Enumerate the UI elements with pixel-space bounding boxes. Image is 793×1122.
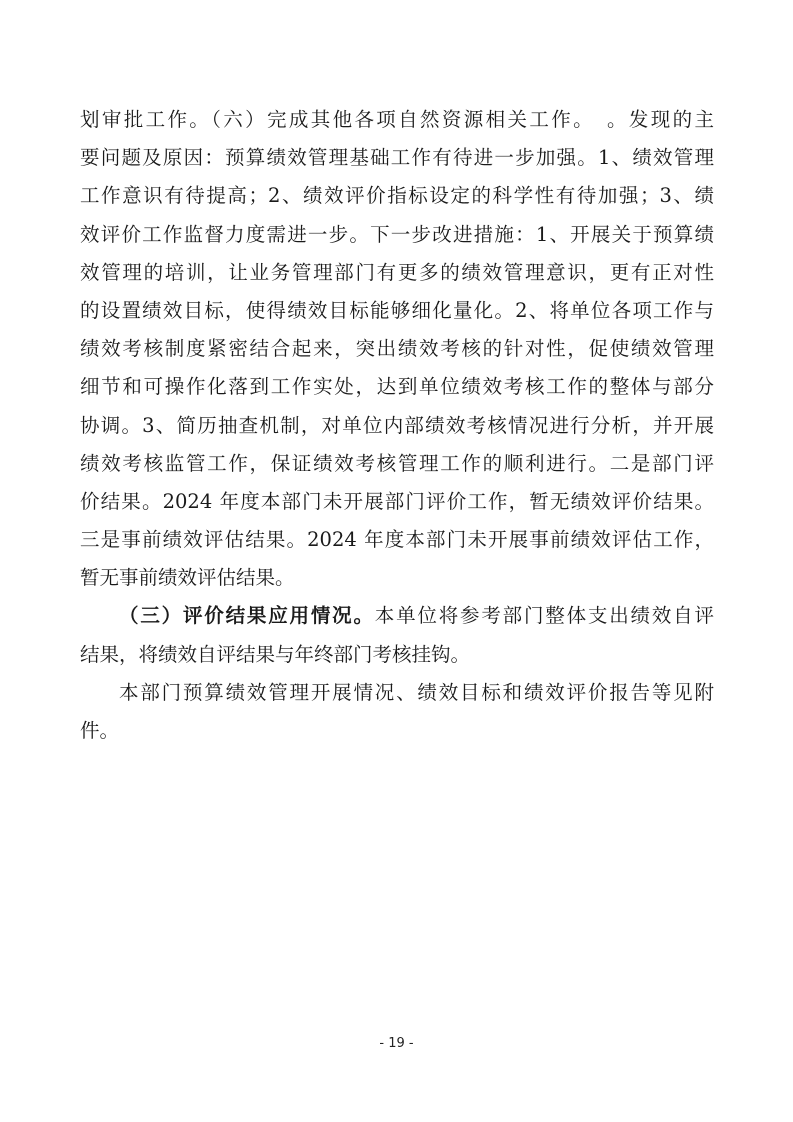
body-line: 细节和可操作化落到工作实处，达到单位绩效考核工作的整体与部分 xyxy=(80,368,714,406)
section-3-heading: （三）评价结果应用情况。 xyxy=(119,604,375,627)
body-line: 绩效考核制度紧密结合起来，突出绩效考核的针对性，促使绩效管理 xyxy=(80,330,714,368)
closing-paragraph: 本部门预算绩效管理开展情况、绩效目标和绩效评价报告等见附 xyxy=(80,674,714,712)
body-line: 三是事前绩效评估结果。2024 年度本部门未开展事前绩效评估工作， xyxy=(80,521,714,559)
section-3-text: 本单位将参考部门整体支出绩效自评 xyxy=(375,604,714,627)
body-line: 暂无事前绩效评估结果。 xyxy=(80,559,714,597)
document-body: 划审批工作。（六）完成其他各项自然资源相关工作。 。发现的主 要问题及原因：预算… xyxy=(80,101,714,750)
body-line: 要问题及原因：预算绩效管理基础工作有待进一步加强。1、绩效管理 xyxy=(80,139,714,177)
section-3-line-2: 结果，将绩效自评结果与年终部门考核挂钩。 xyxy=(80,636,714,674)
page-number: - 19 - xyxy=(0,1036,793,1051)
body-line: 效管理的培训，让业务管理部门有更多的绩效管理意识，更有正对性 xyxy=(80,254,714,292)
body-line: 划审批工作。（六）完成其他各项自然资源相关工作。 。发现的主 xyxy=(80,101,714,139)
closing-line-2: 件。 xyxy=(80,712,714,750)
body-line: 协调。3、简历抽查机制，对单位内部绩效考核情况进行分析，并开展 xyxy=(80,407,714,445)
body-line: 绩效考核监管工作，保证绩效考核管理工作的顺利进行。二是部门评 xyxy=(80,445,714,483)
section-3-paragraph: （三）评价结果应用情况。本单位将参考部门整体支出绩效自评 xyxy=(80,597,714,635)
body-line: 工作意识有待提高；2、绩效评价指标设定的科学性有待加强；3、绩 xyxy=(80,177,714,215)
body-line: 效评价工作监督力度需进一步。下一步改进措施：1、开展关于预算绩 xyxy=(80,216,714,254)
body-line: 的设置绩效目标，使得绩效目标能够细化量化。2、将单位各项工作与 xyxy=(80,292,714,330)
body-line: 价结果。2024 年度本部门未开展部门评价工作，暂无绩效评价结果。 xyxy=(80,483,714,521)
